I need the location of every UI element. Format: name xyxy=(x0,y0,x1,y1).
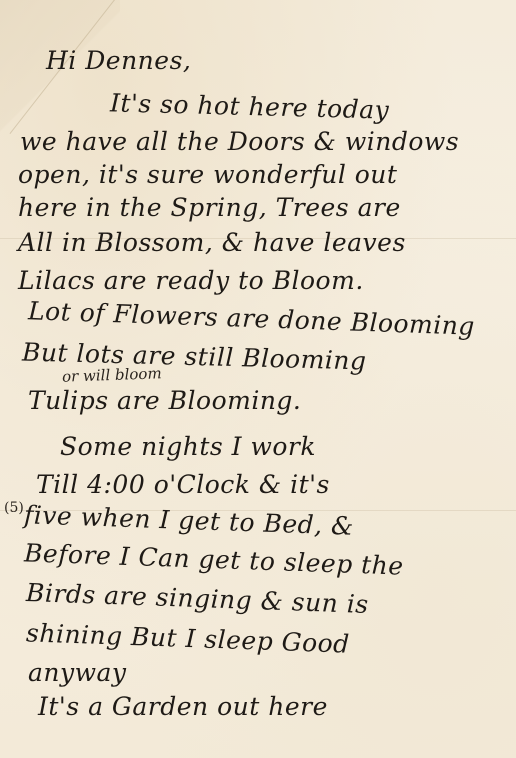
letter-line: anyway xyxy=(28,658,127,687)
letter-line: Tulips are Blooming. xyxy=(28,386,301,415)
letter-line: All in Blossom, & have leaves xyxy=(18,228,406,257)
letter-line: shining But I sleep Good xyxy=(26,618,351,658)
letter-line: Some nights I work xyxy=(60,432,316,461)
letter-line: Birds are singing & sun is xyxy=(26,578,369,619)
interlinear-insert: or will bloom xyxy=(62,364,162,385)
letter-page: Hi Dennes, It's so hot here today we hav… xyxy=(0,0,516,758)
letter-line: Lilacs are ready to Bloom. xyxy=(18,266,364,295)
letter-line: five when I get to Bed, & xyxy=(24,500,355,540)
letter-line: Lot of Flowers are done Blooming xyxy=(28,296,476,341)
letter-line: Before I Can get to sleep the xyxy=(24,538,404,580)
letter-line: It's a Garden out here xyxy=(38,692,328,721)
letter-line: here in the Spring, Trees are xyxy=(18,193,401,222)
letter-line: It's so hot here today xyxy=(110,88,390,124)
letter-line: open, it's sure wonderful out xyxy=(18,160,397,189)
letter-line: Till 4:00 o'Clock & it's xyxy=(36,470,330,499)
salutation: Hi Dennes, xyxy=(46,46,191,75)
margin-note: (5) xyxy=(4,500,24,516)
letter-line: we have all the Doors & windows xyxy=(20,127,459,156)
